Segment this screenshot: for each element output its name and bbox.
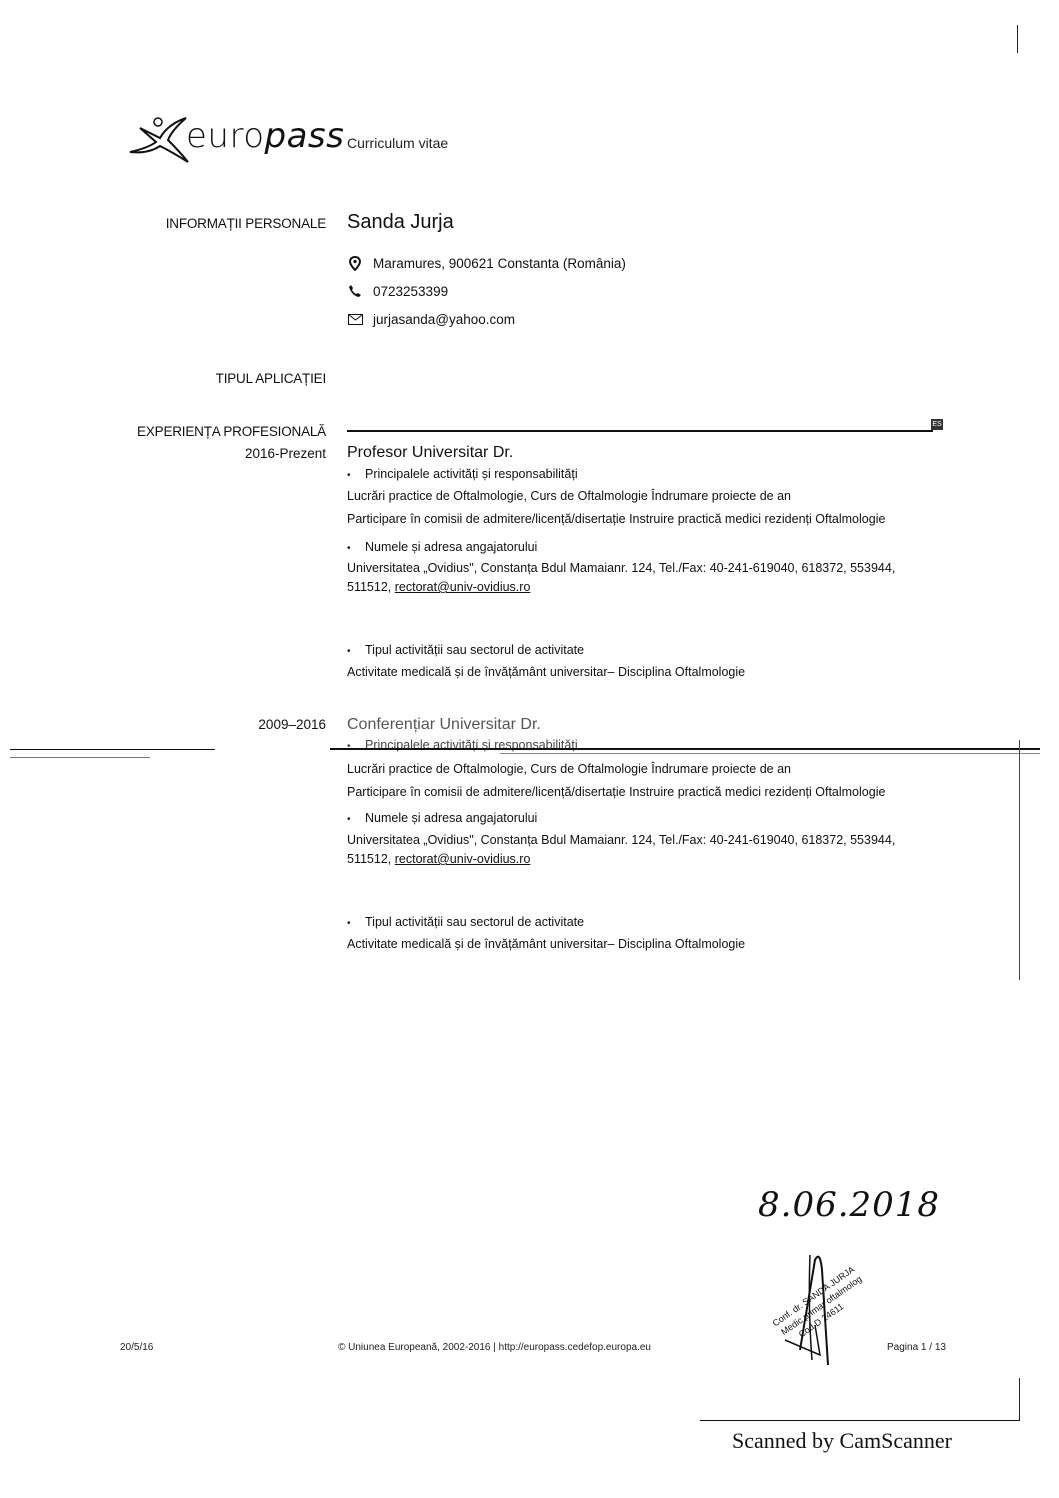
section-label-application: TIPUL APLICAȚIEI (96, 371, 326, 386)
entry-activities-label: Principalele activități și responsabilit… (347, 467, 578, 481)
scan-edge-mark (1019, 740, 1020, 980)
phone-text: 0723253399 (373, 284, 448, 299)
employer-email-link[interactable]: rectorat@univ-ovidius.ro (395, 580, 531, 594)
scan-bottom-line (700, 1420, 1020, 1421)
entry-activity: Lucrări practice de Oftalmologie, Curs d… (347, 487, 947, 506)
entry-employer-label: Numele și adresa angajatorului (347, 540, 537, 554)
person-name: Sanda Jurja (347, 211, 454, 234)
signature-stamp: Conf. dr. SANDA JURJA Medic primar oftal… (750, 1240, 880, 1370)
europass-star-figure-icon (128, 112, 190, 172)
employer-email-link[interactable]: rectorat@univ-ovidius.ro (395, 852, 531, 866)
address-text: Maramures, 900621 Constanta (România) (373, 256, 626, 271)
footer-date: 20/5/16 (120, 1342, 153, 1353)
scan-artifact-line (10, 749, 215, 750)
section-label-experience: EXPERIENȚA PROFESIONALĂ (96, 424, 326, 439)
camscanner-watermark: Scanned by CamScanner (732, 1428, 952, 1454)
email-text: jurjasanda@yahoo.com (373, 312, 515, 327)
entry-activity: Lucrări practice de Oftalmologie, Curs d… (347, 760, 947, 779)
footer-page-number: Pagina 1 / 13 (887, 1342, 946, 1353)
contact-address: Maramures, 900621 Constanta (România) (347, 255, 626, 271)
entry-period: 2016-Prezent (96, 446, 326, 461)
entry-sector-label: Tipul activității sau sectorul de activi… (347, 643, 584, 657)
entry-period: 2009–2016 (96, 717, 326, 732)
section-badge-icon: ES (931, 419, 943, 430)
section-divider (347, 430, 933, 432)
entry-employer: Universitatea „Ovidius", Constanța Bdul … (347, 831, 947, 869)
signature-icon: Conf. dr. SANDA JURJA Medic primar oftal… (750, 1240, 880, 1370)
entry-sector-label: Tipul activității sau sectorul de activi… (347, 915, 584, 929)
envelope-icon (347, 311, 363, 327)
scan-artifact-line (330, 748, 1040, 750)
footer-copyright: © Uniunea Europeană, 2002-2016 | http://… (338, 1342, 651, 1353)
entry-employer-label: Numele și adresa angajatorului (347, 811, 537, 825)
entry-title: Profesor Universitar Dr. (347, 444, 513, 462)
entry-activity: Participare în comisii de admitere/licen… (347, 510, 947, 529)
entry-activity: Participare în comisii de admitere/licen… (347, 783, 947, 802)
entry-sector: Activitate medicală și de învățământ uni… (347, 935, 947, 954)
entry-sector: Activitate medicală și de învățământ uni… (347, 663, 947, 682)
section-label-personal: INFORMAȚII PERSONALE (96, 216, 326, 231)
scan-edge-mark (1019, 1378, 1020, 1420)
contact-phone: 0723253399 (347, 283, 448, 299)
europass-logo: europass (128, 112, 328, 172)
logo-wordmark: europass (186, 116, 344, 156)
scan-artifact-line (10, 757, 150, 758)
location-pin-icon (347, 255, 363, 271)
document-type: Curriculum vitae (347, 135, 448, 151)
contact-email: jurjasanda@yahoo.com (347, 311, 515, 327)
entry-employer: Universitatea „Ovidius", Constanța Bdul … (347, 559, 947, 597)
scan-artifact-line (500, 753, 1040, 754)
phone-icon (347, 283, 363, 299)
handwritten-date: 8.06.2018 (758, 1185, 940, 1225)
scan-edge-mark (1017, 25, 1018, 53)
entry-title: Conferențiar Universitar Dr. (347, 716, 541, 734)
